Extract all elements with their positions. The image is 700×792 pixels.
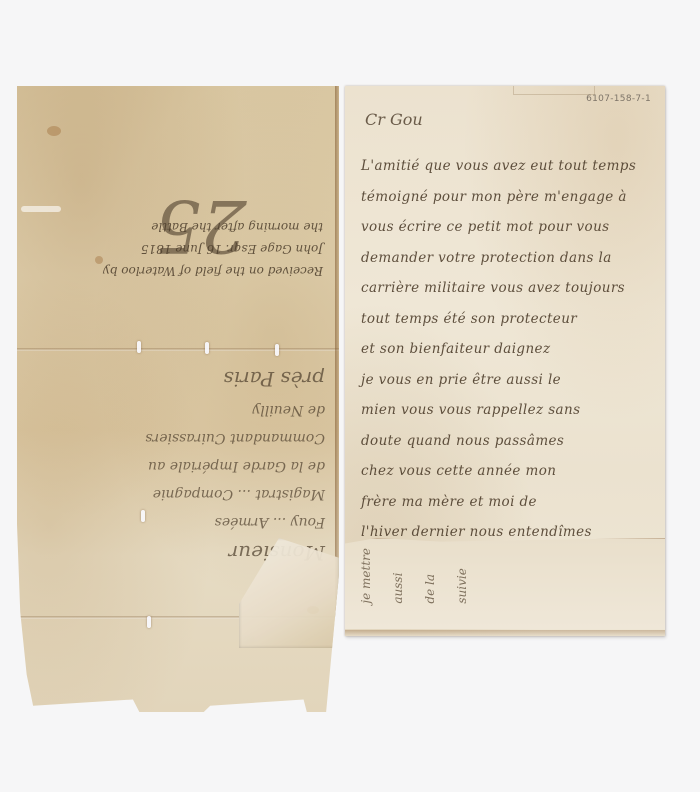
pin-hole — [275, 344, 279, 356]
address-line: Commandant Cuirassiers — [45, 424, 325, 452]
margin-note: de la — [423, 548, 437, 604]
salutation: Cr Gou — [365, 110, 657, 129]
letter-line: L'amitié que vous avez eut tout temps — [361, 151, 657, 182]
letter-line: témoigné pour mon père m'engage à — [361, 182, 657, 213]
catalog-number: 6107-158-7-1 — [586, 94, 651, 104]
address-line: de Neuilly — [45, 396, 325, 424]
letter-line: demander votre protection dans la — [361, 243, 657, 274]
address-line: Magistrat ... Compagnie — [45, 480, 325, 508]
letter-line: chez vous cette année mon — [361, 456, 657, 487]
photo-background: 25 Received on the field of Waterloo by … — [0, 0, 700, 792]
pin-hole — [147, 616, 151, 628]
docket-line: Received on the field of Waterloo by — [43, 260, 323, 282]
fold-crease — [17, 348, 339, 351]
mount-mark — [513, 86, 595, 95]
letter-line: et son bienfaiteur daignez — [361, 334, 657, 365]
docket-annotation: Received on the field of Waterloo by Joh… — [43, 216, 323, 282]
address-line: Fouy ... Armées — [45, 508, 325, 536]
letter-line: je vous en prie être aussi le — [361, 365, 657, 396]
letter-recto-panel: 6107-158-7-1 Cr Gou L'amitié que vous av… — [345, 86, 665, 636]
center-fold-seam — [335, 86, 339, 712]
address-line: de la Garde Impériale au — [45, 452, 325, 480]
letter-line: mien vous vous rappellez sans — [361, 395, 657, 426]
docket-line: the morning after the Battle — [43, 216, 323, 238]
letter-line: vous écrire ce petit mot pour vous — [361, 212, 657, 243]
paper-tear — [21, 206, 61, 212]
margin-notes: je mettre aussi de la suivie — [359, 548, 469, 604]
letter-line: carrière militaire vous avez toujours — [361, 273, 657, 304]
letter-line: doute quand nous passâmes — [361, 426, 657, 457]
letter-address: Monsieur Fouy ... Armées Magistrat ... C… — [45, 362, 325, 570]
margin-note: suivie — [455, 548, 469, 604]
docket-line: John Gage Esqr. 16 June 1815 — [43, 238, 323, 260]
address-line: près Paris — [45, 362, 325, 396]
foxing-stain — [47, 126, 61, 136]
margin-note: je mettre — [359, 548, 373, 604]
letter-body: Cr Gou L'amitié que vous avez eut tout t… — [361, 110, 657, 578]
pin-hole — [137, 341, 141, 353]
letter-line: tout temps été son protecteur — [361, 304, 657, 335]
letter-verso-panel: 25 Received on the field of Waterloo by … — [17, 86, 339, 712]
margin-note: aussi — [391, 548, 405, 604]
letter-line: frère ma mère et moi de — [361, 487, 657, 518]
pin-hole — [205, 342, 209, 354]
